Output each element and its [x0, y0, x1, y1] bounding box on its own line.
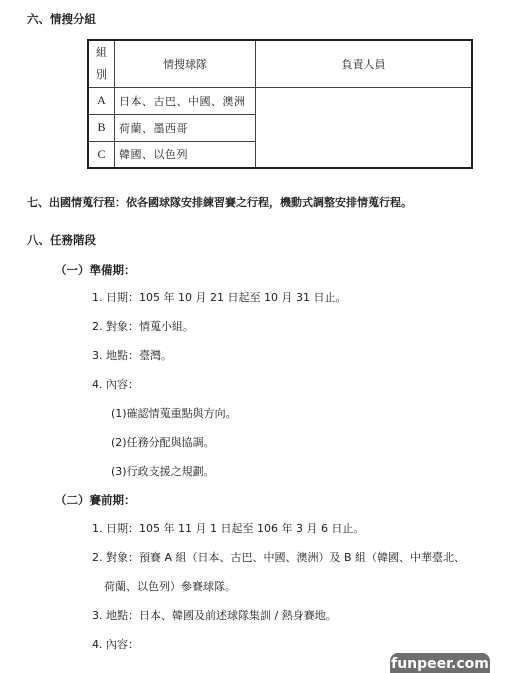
- phase-1-item-content: 4. 內容：: [92, 376, 139, 392]
- group-letter: A: [97, 93, 106, 107]
- section-8-heading: 八、任務階段: [27, 232, 96, 248]
- section-6-heading: 六、情搜分組: [27, 11, 96, 27]
- table-row: A 日本、古巴、中國、澳洲: [88, 87, 472, 114]
- phase-1-subitem: (2)任務分配與協調。: [111, 434, 215, 450]
- phase-1-item-date: 1. 日期：105 年 10 月 21 日起至 10 月 31 日止。: [92, 289, 346, 305]
- phase-2-title: （二）賽前期：: [55, 492, 136, 508]
- phase-1-item-target: 2. 對象：情蒐小組。: [92, 318, 194, 334]
- phase-1-subitem: (3)行政支援之規劃。: [111, 463, 215, 479]
- intel-group-table: 組 別 情搜球隊 負責人員 A 日本、古巴、中國、澳洲 B 荷蘭、墨西哥 C 韓…: [87, 39, 473, 169]
- group-personnel: [256, 87, 473, 168]
- group-teams: 荷蘭、墨西哥: [115, 114, 256, 141]
- phase-1-title: （一）準備期：: [55, 262, 136, 278]
- phase-2-item-content: 4. 內容：: [92, 636, 139, 652]
- header-personnel: 負責人員: [256, 40, 473, 87]
- header-teams: 情搜球隊: [115, 40, 256, 87]
- group-teams: 韓國、以色列: [115, 141, 256, 168]
- watermark-badge: funpeer.com: [390, 653, 490, 673]
- table-header-row: 組 別 情搜球隊 負責人員: [88, 40, 472, 87]
- phase-1-subitem: (1)確認情蒐重點與方向。: [111, 405, 237, 421]
- section-7-text: 七、出國情蒐行程：依各國球隊安排練習賽之行程，機動式調整安排情蒐行程。: [27, 194, 412, 210]
- phase-2-item-target: 2. 對象：預賽 A 組（日本、古巴、中國、澳洲）及 B 組（韓國、中華臺北、: [92, 549, 465, 565]
- phase-2-item-target-cont: 荷蘭、以色列）參賽球隊。: [104, 578, 236, 594]
- group-teams: 日本、古巴、中國、澳洲: [115, 87, 256, 114]
- group-letter: B: [97, 120, 105, 134]
- phase-2-item-date: 1. 日期：105 年 11 月 1 日起至 106 年 3 月 6 日止。: [92, 520, 364, 536]
- phase-2-item-location: 3. 地點：日本、韓國及前述球隊集訓 / 熱身賽地。: [92, 607, 337, 623]
- group-letter: C: [97, 147, 105, 161]
- header-group: 組 別: [88, 40, 115, 87]
- phase-1-item-location: 3. 地點：臺灣。: [92, 347, 172, 363]
